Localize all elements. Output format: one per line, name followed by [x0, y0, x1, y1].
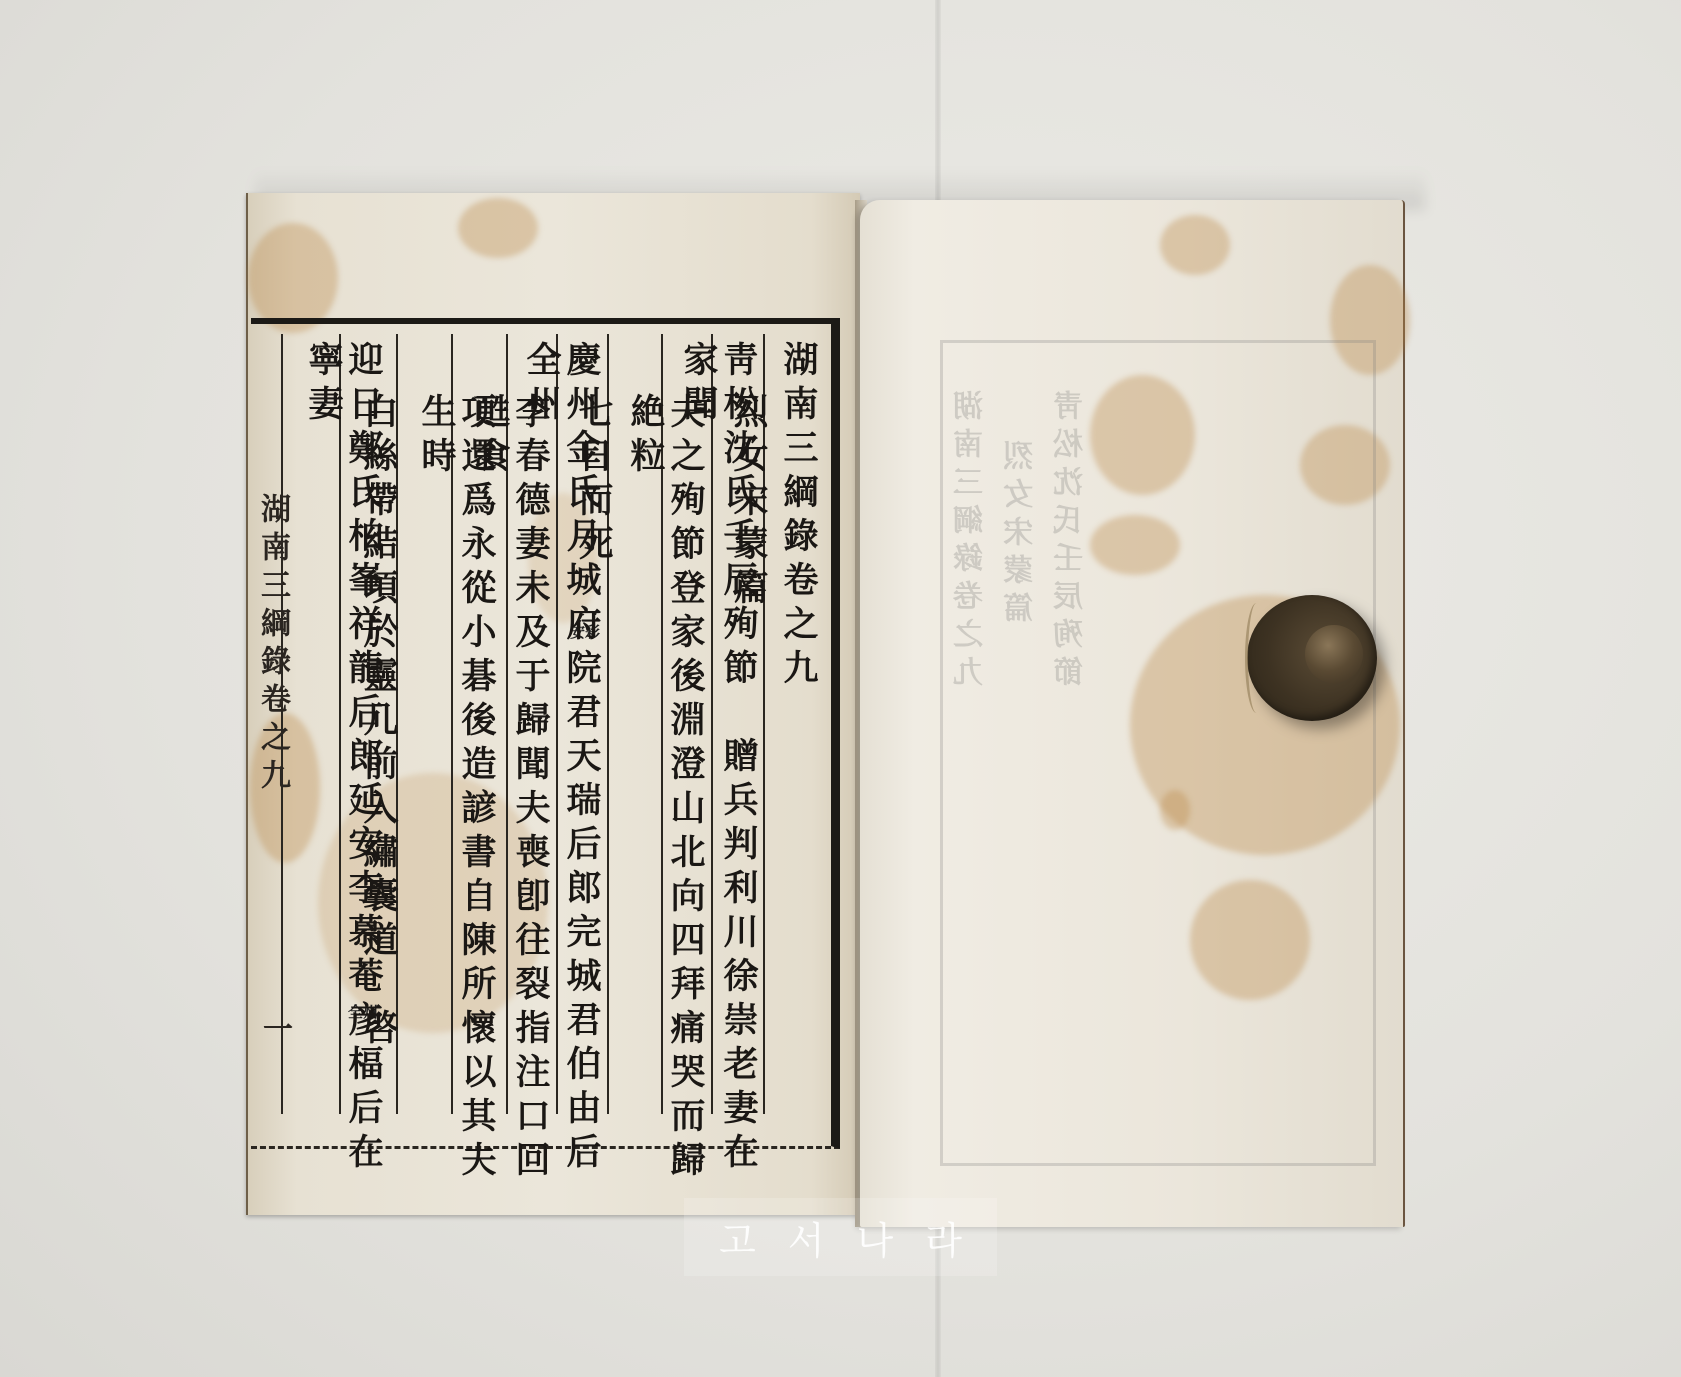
water-stain	[248, 223, 338, 333]
weight-knob	[1305, 625, 1363, 683]
folio-mark: 一	[252, 1013, 296, 1051]
show-through-text: 烈女宋蒙篇	[1000, 440, 1044, 630]
show-through-text: 湖南三綱錄卷之九	[950, 390, 994, 694]
running-header: 湖南三綱錄卷之九	[250, 493, 294, 797]
water-stain	[1160, 215, 1230, 275]
text-column: 項還爲永從小碁後造諺書自陳所懷以其夫生時	[416, 393, 496, 1215]
weight-rim	[1245, 603, 1268, 713]
book-title-column: 湖南三綱錄卷之九	[778, 341, 818, 693]
brass-weight	[1247, 595, 1377, 721]
left-page: 湖南三綱錄卷之九 烈女宋蒙篇 靑松沈氏壬辰殉節 贈兵判利川徐崇老妻在家聞 夫之殉…	[246, 193, 860, 1215]
show-through-text: 靑松沈氏壬辰殉節	[1050, 390, 1094, 694]
water-stain	[458, 198, 538, 258]
watermark-box: 고서나라	[684, 1198, 997, 1276]
watermark-text: 고서나라	[687, 1210, 994, 1265]
text-column: 迎日鄭氏柏峯祥龍后郎延安李慕菴彦楅后在寧妻	[303, 341, 383, 1215]
text-column: 夫之殉節登家後淵澄山北向四拜痛哭而歸絶粒	[625, 393, 705, 1215]
